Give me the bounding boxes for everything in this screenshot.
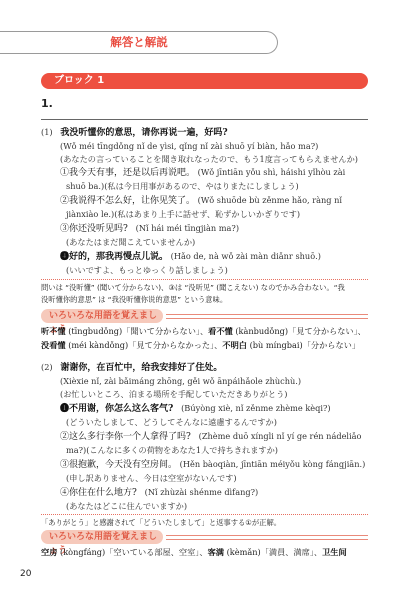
q2-option-3-ja: (申し訳ありません、今日は空室がないんです) xyxy=(66,472,237,484)
q2-translation: (お忙しいところ、泊まる場所を手配していただきありがとう) xyxy=(60,388,287,400)
vocab-tag: いろいろな用語を覚えましょう xyxy=(41,530,163,544)
q1-explanation-1: 問いは “没听懂” (聞いて分からない)、③は “没听见” (聞こえない) なの… xyxy=(41,282,345,294)
q2-num: (2) xyxy=(41,362,53,372)
q1-option-1: ①我今天有事，还是以后再说吧。 (Wǒ jīntiān yǒu shì, hái… xyxy=(60,166,345,179)
q2-option-4: ④你住在什么地方? (Nǐ zhùzài shénme dìfang?) xyxy=(60,486,258,499)
page-number: 20 xyxy=(20,569,31,579)
q2-option-1-ja: (どういたしまして、どうしてそんなに遠慮するんですか) xyxy=(66,416,277,428)
q1-option-2-cont: jiànxiào le.)(私はあまり上手に話せず、恥ずかしいかぎりです) xyxy=(66,208,300,220)
q1-text: 我没听懂你的意思，请你再说一遍，好吗? xyxy=(60,128,227,138)
q2-pinyin: (Xièxie nǐ, zài bǎimáng zhōng, gěi wǒ ān… xyxy=(60,375,301,387)
q1-pinyin: (Wǒ méi tīngdǒng nǐ de yìsi, qǐng nǐ zài… xyxy=(60,140,318,152)
q1-option-2: ②我说得不怎么好，让你见笑了。 (Wǒ shuōde bù zěnme hǎo,… xyxy=(60,194,342,207)
divider xyxy=(41,119,368,120)
vocab-double-rule xyxy=(166,535,368,540)
block-label: ブロック 1 xyxy=(54,74,104,88)
q2-text: 谢谢你，在百忙中，给我安排好了住处。 xyxy=(60,363,222,373)
q2-option-2-cont: ma?)(こんなに多くの荷物をあなた1人で持ちきれますか) xyxy=(66,444,278,456)
section-title: 解答と解説 xyxy=(0,34,278,50)
q2-option-4-ja: (あなたはどこに住んでいますか) xyxy=(66,500,187,512)
q1-option-4-correct: ❹好的，那我再慢点儿说。 (Hǎo de, nà wǒ zài màn diǎn… xyxy=(60,250,321,263)
dotted-divider xyxy=(41,514,368,515)
q1-vocab-line-2: 没看懂 (méi kàndǒng)「見て分からなかった」、不明白 (bù mín… xyxy=(41,339,360,352)
q1-vocab-line-1: 听不懂 (tīngbudǒng)「聞いて分からない」、看不懂 (kànbudǒn… xyxy=(41,325,366,338)
vocab-tag: いろいろな用語を覚えましょう xyxy=(41,309,163,323)
q2-option-1-correct: ❶不用谢，你怎么这么客气? (Búyòng xiè, nǐ zěnme zhèm… xyxy=(60,402,331,415)
question-number: 1. xyxy=(41,97,53,110)
q1-num: (1) xyxy=(41,127,53,137)
q2-option-3: ③很抱歉，今天没有空房间。 (Hěn bàoqiàn, jīntiān méiy… xyxy=(60,458,365,471)
q1-translation: (あなたの言っていることを聞き取れなったので、もう1度言ってもらえませんか) xyxy=(60,153,358,165)
q2-vocab-line-1: 空房 (kòngfáng)「空いている部屋、空室」、客满 (kèmǎn)「満員、… xyxy=(41,546,347,559)
q2-option-2: ②这么多行李你一个人拿得了吗? (Zhème duō xíngli nǐ yí … xyxy=(60,430,361,443)
dotted-divider xyxy=(41,279,368,280)
q2-heading: (2) 谢谢你，在百忙中，给我安排好了住处。 xyxy=(41,361,222,374)
q1-option-3: ③你还没听见吗? (Nǐ hái méi tīngjiàn ma?) xyxy=(60,222,239,235)
q1-option-1-cont: shuō ba.)(私は今日用事があるので、やはりまたにしましょう) xyxy=(66,180,299,192)
vocab-double-rule xyxy=(166,314,368,319)
q1-explanation-2: 没听懂你的意思” は “我没听懂你说的意思” という意味。 xyxy=(41,294,227,306)
q1-option-4-ja: (いいですよ、もっとゆっくり話しましょう) xyxy=(66,264,228,276)
q1-option-3-ja: (あなたはまだ聞こえていませんか) xyxy=(66,236,195,248)
q1-heading: (1) 我没听懂你的意思，请你再说一遍，好吗? xyxy=(41,126,228,139)
q2-explanation: 「ありがとう」と感謝されて「どういたしまして」と返事する①が正解。 xyxy=(41,517,281,529)
